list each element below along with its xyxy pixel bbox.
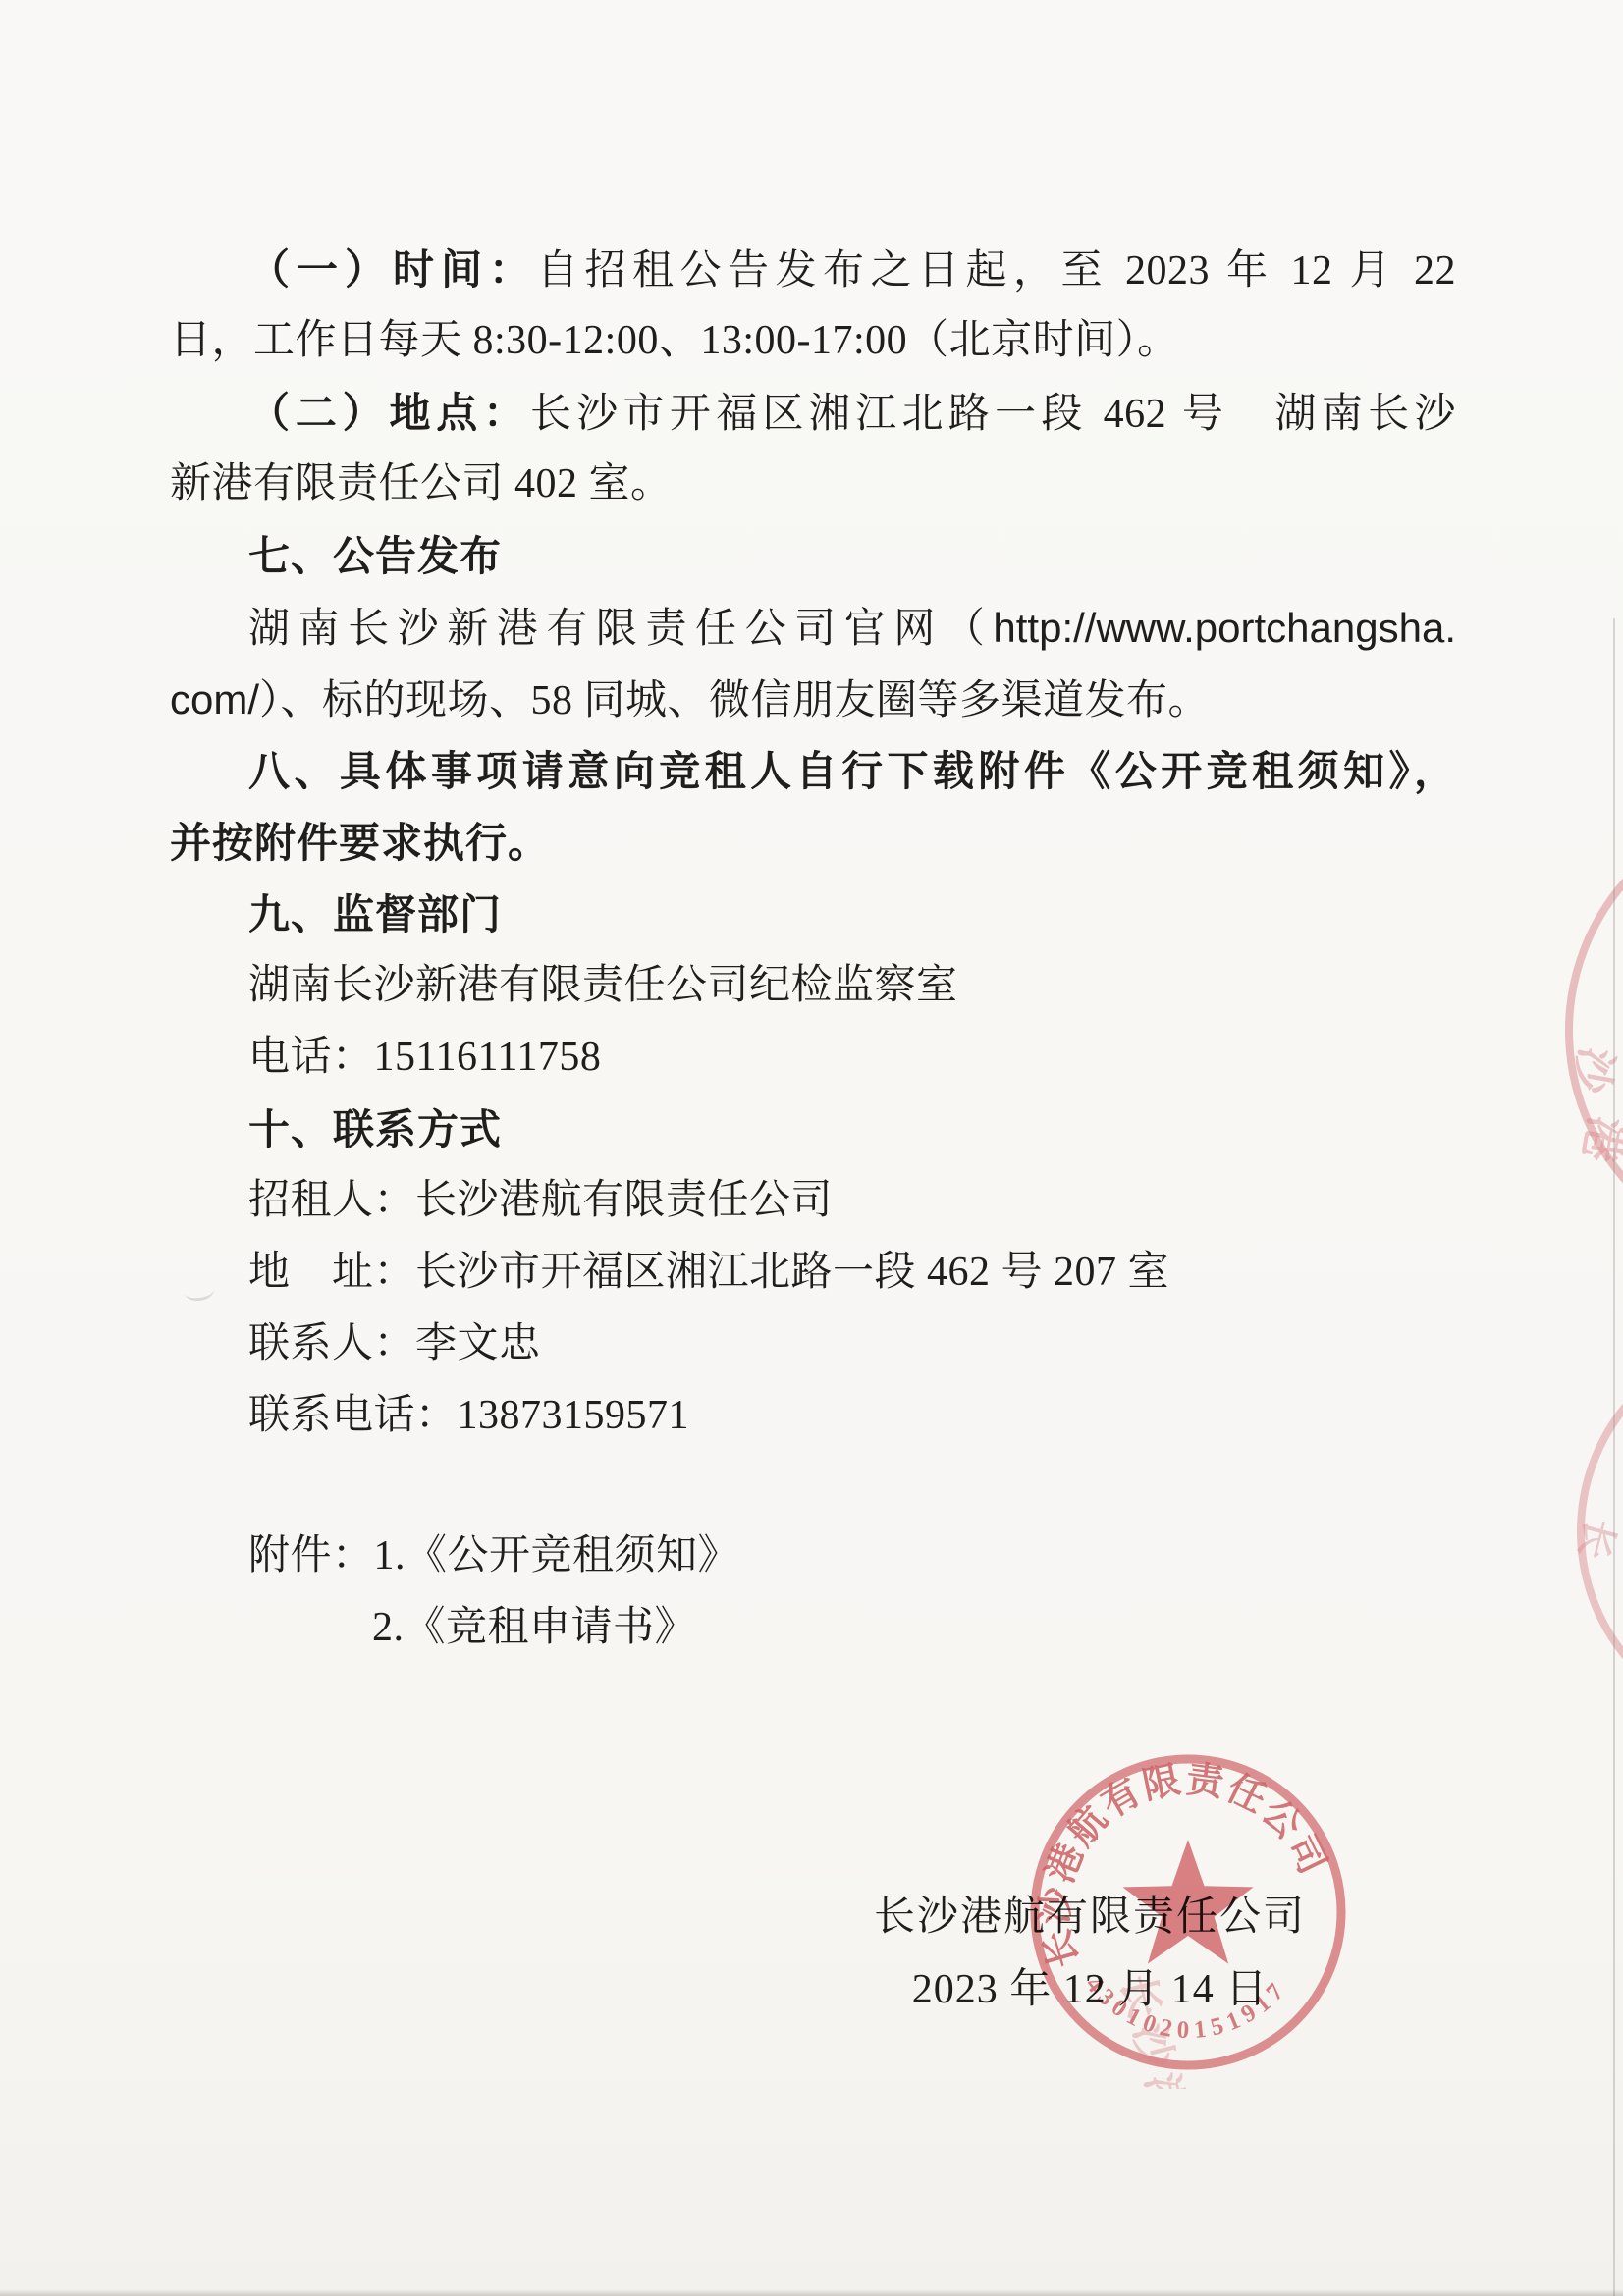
lessor-line: 招租人：长沙港航有限责任公司: [170, 1165, 1456, 1237]
publish-rest: ）、标的现场、58 同城、微信朋友圈等多渠道发布。: [259, 678, 1210, 723]
heading-7-announcement: 七、公告发布: [170, 520, 1456, 592]
supervision-phone: 电话：15116111758: [170, 1022, 1456, 1094]
seal-fragment-right-middle: 沙 港: [1505, 795, 1623, 1256]
para-place-line2: 新港有限责任公司 402 室。: [170, 449, 1456, 520]
doc-body: （一）时间：自招租公告发布之日起，至 2023 年 12 月 22 日，工作日每…: [170, 234, 1456, 1664]
publish-prefix: 湖南长沙新港有限责任公司官网（: [248, 607, 993, 652]
item-8-line2: 并按附件要求执行。: [170, 807, 1456, 879]
supervision-department: 湖南长沙新港有限责任公司纪检监察室: [170, 950, 1456, 1022]
para-time-line1: （一）时间：自招租公告发布之日起，至 2023 年 12 月 22: [170, 234, 1456, 305]
time-text-1: 自招租公告发布之日起，至 2023 年 12 月 22: [537, 248, 1456, 294]
para-place-line1: （二）地点：长沙市开福区湘江北路一段 462 号 湖南长沙: [170, 377, 1456, 449]
website-url-part1: http://www.portchangsha.: [993, 605, 1456, 651]
document-page: （一）时间：自招租公告发布之日起，至 2023 年 12 月 22 日，工作日每…: [0, 0, 1623, 2296]
seal-fragment-right-lower: 长: [1532, 1384, 1623, 1659]
time-text-2: 日，工作日每天 8:30-12:00、13:00-17:00（北京时间）。: [170, 318, 1179, 363]
place-label: （二）地点：: [248, 390, 530, 436]
place-text-1: 长沙市开福区湘江北路一段 462 号 湖南长沙: [530, 392, 1456, 437]
item-8-line1: 八、具体事项请意向竞租人自行下载附件《公开竞租须知》，: [170, 735, 1456, 807]
seal-star-icon: [1122, 1840, 1253, 1964]
contact-person-line: 联系人：李文忠: [170, 1308, 1456, 1380]
attachment-line-2: 2.《竞租申请书》: [170, 1592, 1456, 1664]
address-line: 地 址：长沙市开福区湘江北路一段 462 号 207 室: [170, 1237, 1456, 1308]
heading-9-supervision: 九、监督部门: [170, 879, 1456, 950]
seal-fragment-char: 港: [1574, 1112, 1623, 1165]
website-url-part2: com/: [170, 676, 259, 722]
blank-line: [170, 1452, 1456, 1521]
place-text-2: 新港有限责任公司 402 室。: [170, 461, 673, 507]
para-publish-line2: com/）、标的现场、58 同城、微信朋友圈等多渠道发布。: [170, 664, 1456, 735]
time-label: （一）时间：: [248, 246, 537, 293]
contact-phone-line: 联系电话：13873159571: [170, 1380, 1456, 1452]
seal-ghost-overlap-text: 长沙港航: [1111, 1970, 1208, 2089]
heading-10-contact: 十、联系方式: [170, 1094, 1456, 1165]
scan-line-artifact: [1613, 618, 1615, 2296]
para-publish-line1: 湖南长沙新港有限责任公司官网（http://www.portchangsha.: [170, 592, 1456, 664]
company-seal: 长沙港航有限责任公司 4301020151917 长沙港航: [1011, 1735, 1365, 2089]
attachment-line-1: 附件：1.《公开竞租须知》: [170, 1521, 1456, 1592]
seal-code-arc-text: 4301020151917: [1080, 1972, 1289, 2045]
para-time-line2: 日，工作日每天 8:30-12:00、13:00-17:00（北京时间）。: [170, 305, 1456, 377]
